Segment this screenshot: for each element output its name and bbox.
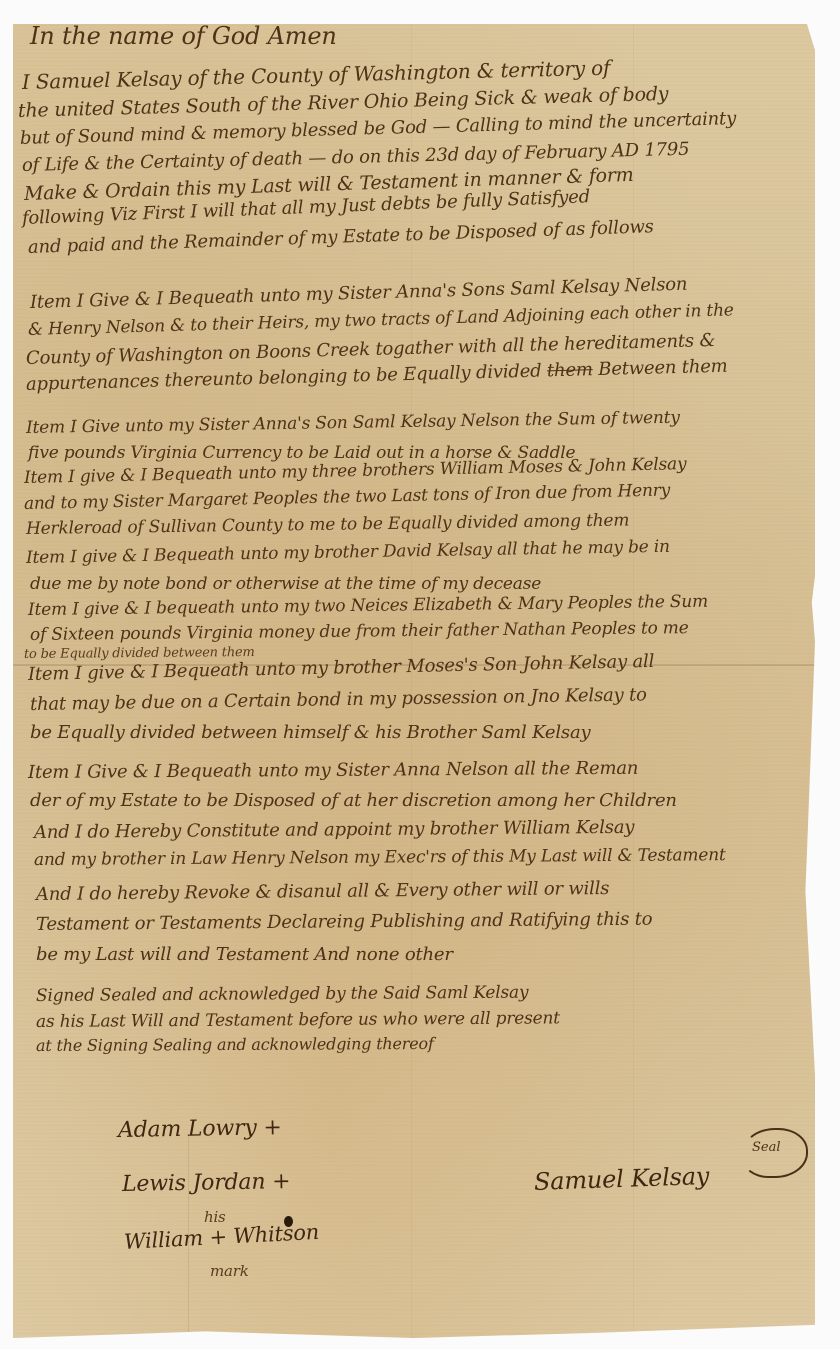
document-heading: In the name of God Amen bbox=[30, 22, 337, 50]
witness-signature-lewis-jordan: Lewis Jordan + bbox=[122, 1169, 291, 1197]
seal-label: Seal bbox=[752, 1140, 781, 1155]
fold-crease bbox=[411, 24, 412, 1338]
will-text-line: be my Last will and Testament And none o… bbox=[36, 944, 453, 965]
will-text-fragment: der of my Estate to be Disposed of at he… bbox=[30, 790, 677, 811]
will-text-fragment: Between them bbox=[598, 356, 728, 380]
will-text-line: due me by note bond or otherwise at the … bbox=[30, 574, 541, 594]
attestation-line: as his Last Will and Testament before us… bbox=[36, 1008, 560, 1032]
attestation-line: at the Signing Sealing and acknowledging… bbox=[36, 1034, 434, 1055]
witness-his-label: his bbox=[204, 1208, 226, 1226]
will-text-line: Item I Give & I Bequeath unto my Sister … bbox=[28, 758, 638, 783]
will-text-line: be Equally divided between himself & his… bbox=[30, 722, 590, 743]
witness-mark-label: mark bbox=[210, 1262, 249, 1280]
will-text-line: der of my Estate to be Disposed of at he… bbox=[30, 790, 677, 811]
attestation-line: Signed Sealed and acknowledged by the Sa… bbox=[36, 983, 528, 1006]
witness-signature-adam-lowry: Adam Lowry + bbox=[118, 1115, 282, 1143]
struck-word: them bbox=[547, 359, 593, 381]
